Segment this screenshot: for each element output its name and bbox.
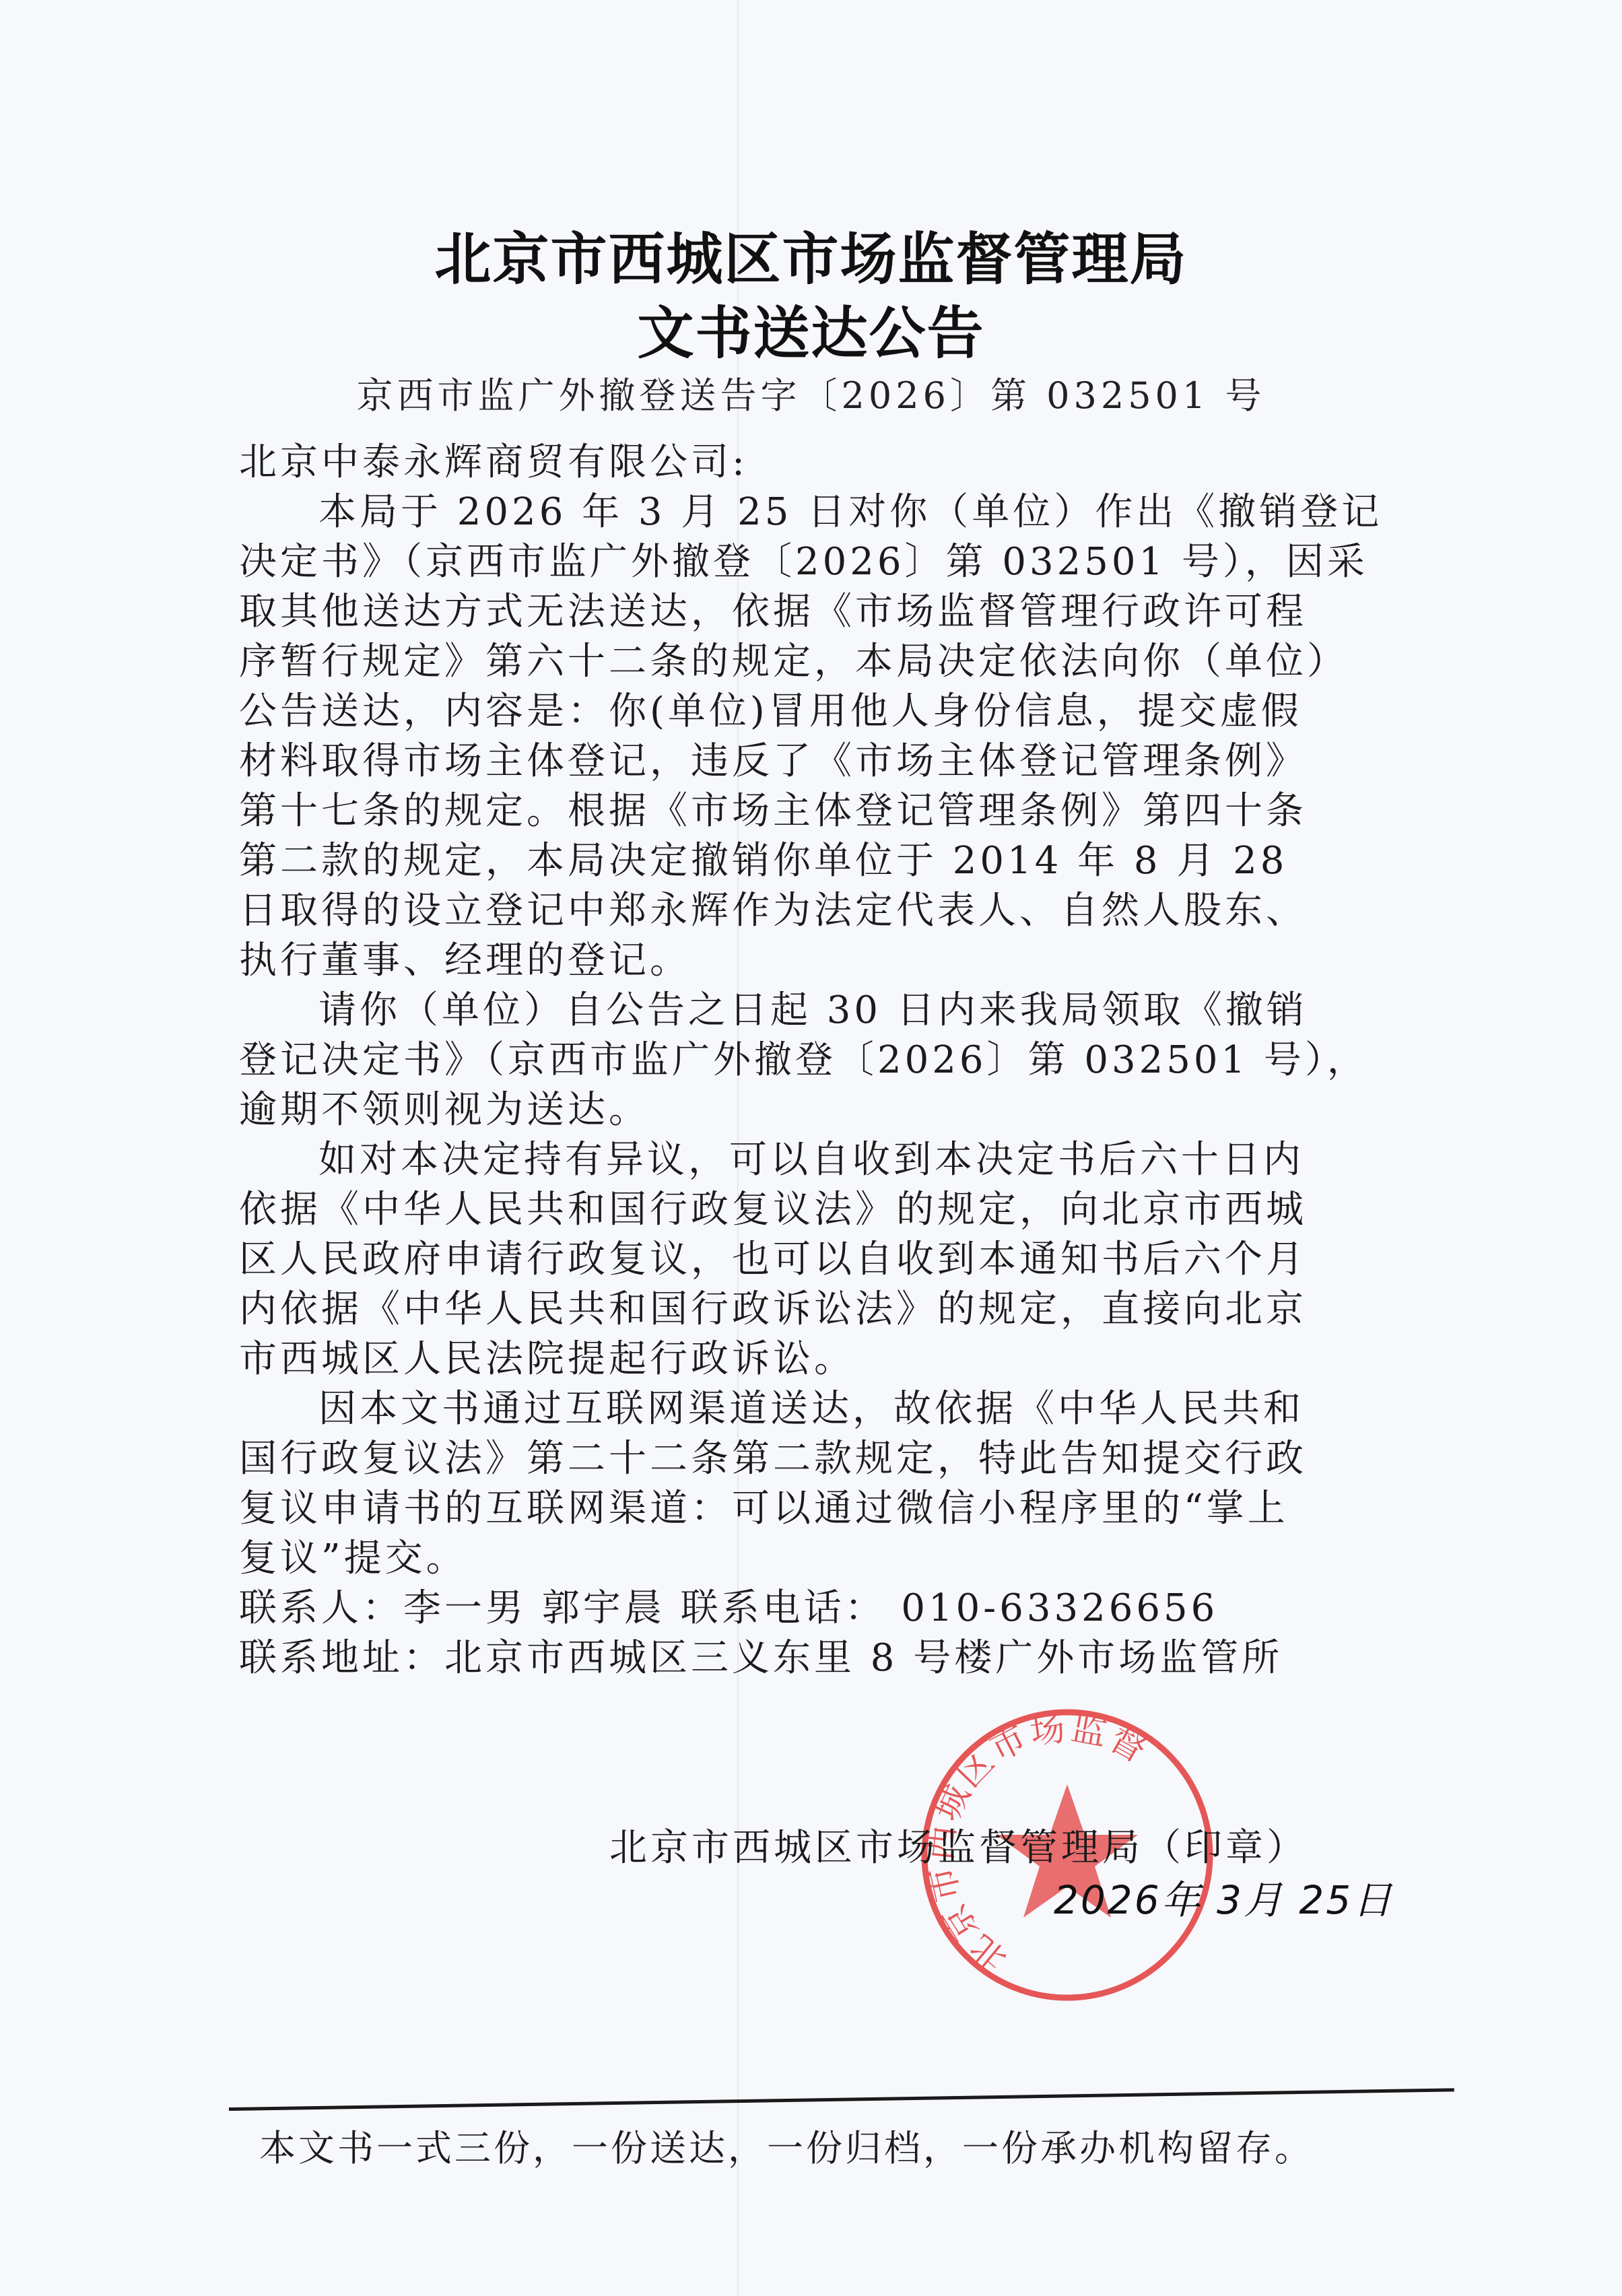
- addressee: 北京中泰永辉商贸有限公司:: [239, 438, 1384, 487]
- text-line: 材料取得市场主体登记，违反了《市场主体登记管理条例》: [239, 737, 1384, 786]
- signer: 北京市西城区市场监督管理局（印章）: [609, 1818, 1308, 1872]
- document-number: 京西市监广外撤登送告字〔2026〕第 032501 号: [0, 367, 1622, 419]
- text-line: 执行董事、经理的登记。: [239, 936, 1384, 986]
- text-line: 因本文书通过互联网渠道送达，故依据《中华人民共和: [239, 1384, 1384, 1434]
- text-line: 日取得的设立登记中郑永辉作为法定代表人、自然人股东、: [239, 886, 1384, 936]
- document-page: 北京市西城区市场监督管理局 文书送达公告 京西市监广外撤登送告字〔2026〕第 …: [0, 0, 1622, 2296]
- contact-info: 联系人：李一男 郭宇晨 联系电话： 010-63326656: [239, 1584, 1384, 1633]
- text-line: 公告送达，内容是：你(单位)冒用他人身份信息，提交虚假: [239, 687, 1384, 737]
- text-line: 内依据《中华人民共和国行政诉讼法》的规定，直接向北京: [239, 1285, 1384, 1335]
- document-body: 北京中泰永辉商贸有限公司: 本局于 2026 年 3 月 25 日对你（单位）作…: [239, 438, 1384, 1683]
- paragraph-collection: 请你（单位）自公告之日起 30 日内来我局领取《撤销 登记决定书》（京西市监广外…: [239, 986, 1384, 1135]
- paragraph-decision: 本局于 2026 年 3 月 25 日对你（单位）作出《撤销登记 决定书》（京西…: [239, 487, 1384, 986]
- text-line: 如对本决定持有异议，可以自收到本决定书后六十日内: [239, 1135, 1384, 1185]
- issuer-title: 北京市西城区市场监督管理局: [0, 214, 1622, 296]
- footer-note: 本文书一式三份，一份送达，一份归档，一份承办机构留存。: [259, 2120, 1314, 2171]
- footer-divider: [229, 2088, 1454, 2111]
- contact-address: 联系地址：北京市西城区三义东里 8 号楼广外市场监管所: [239, 1633, 1384, 1683]
- text-line: 第十七条的规定。根据《市场主体登记管理条例》第四十条: [239, 786, 1384, 836]
- text-line: 逾期不领则视为送达。: [239, 1085, 1384, 1135]
- paragraph-online-channel: 因本文书通过互联网渠道送达，故依据《中华人民共和 国行政复议法》第二十二条第二款…: [239, 1384, 1384, 1584]
- text-line: 国行政复议法》第二十二条第二款规定，特此告知提交行政: [239, 1434, 1384, 1484]
- text-line: 请你（单位）自公告之日起 30 日内来我局领取《撤销: [239, 986, 1384, 1036]
- signature-date: 2026年 3月 25日: [1054, 1868, 1394, 1925]
- text-line: 本局于 2026 年 3 月 25 日对你（单位）作出《撤销登记: [239, 487, 1384, 537]
- text-line: 决定书》（京西市监广外撤登〔2026〕第 032501 号），因采: [239, 537, 1384, 587]
- text-line: 复议申请书的互联网渠道：可以通过微信小程序里的“掌上: [239, 1484, 1384, 1534]
- text-line: 市西城区人民法院提起行政诉讼。: [239, 1335, 1384, 1384]
- text-line: 登记决定书》（京西市监广外撤登〔2026〕第 032501 号），: [239, 1036, 1384, 1085]
- text-line: 序暂行规定》第六十二条的规定，本局决定依法向你（单位）: [239, 637, 1384, 687]
- text-line: 区人民政府申请行政复议，也可以自收到本通知书后六个月: [239, 1235, 1384, 1285]
- text-line: 第二款的规定，本局决定撤销你单位于 2014 年 8 月 28: [239, 836, 1384, 886]
- paragraph-appeal: 如对本决定持有异议，可以自收到本决定书后六十日内 依据《中华人民共和国行政复议法…: [239, 1135, 1384, 1384]
- text-line: 依据《中华人民共和国行政复议法》的规定，向北京市西城: [239, 1185, 1384, 1235]
- text-line: 复议”提交。: [239, 1534, 1384, 1584]
- text-line: 取其他送达方式无法送达，依据《市场监督管理行政许可程: [239, 587, 1384, 637]
- document-title: 文书送达公告: [0, 288, 1622, 370]
